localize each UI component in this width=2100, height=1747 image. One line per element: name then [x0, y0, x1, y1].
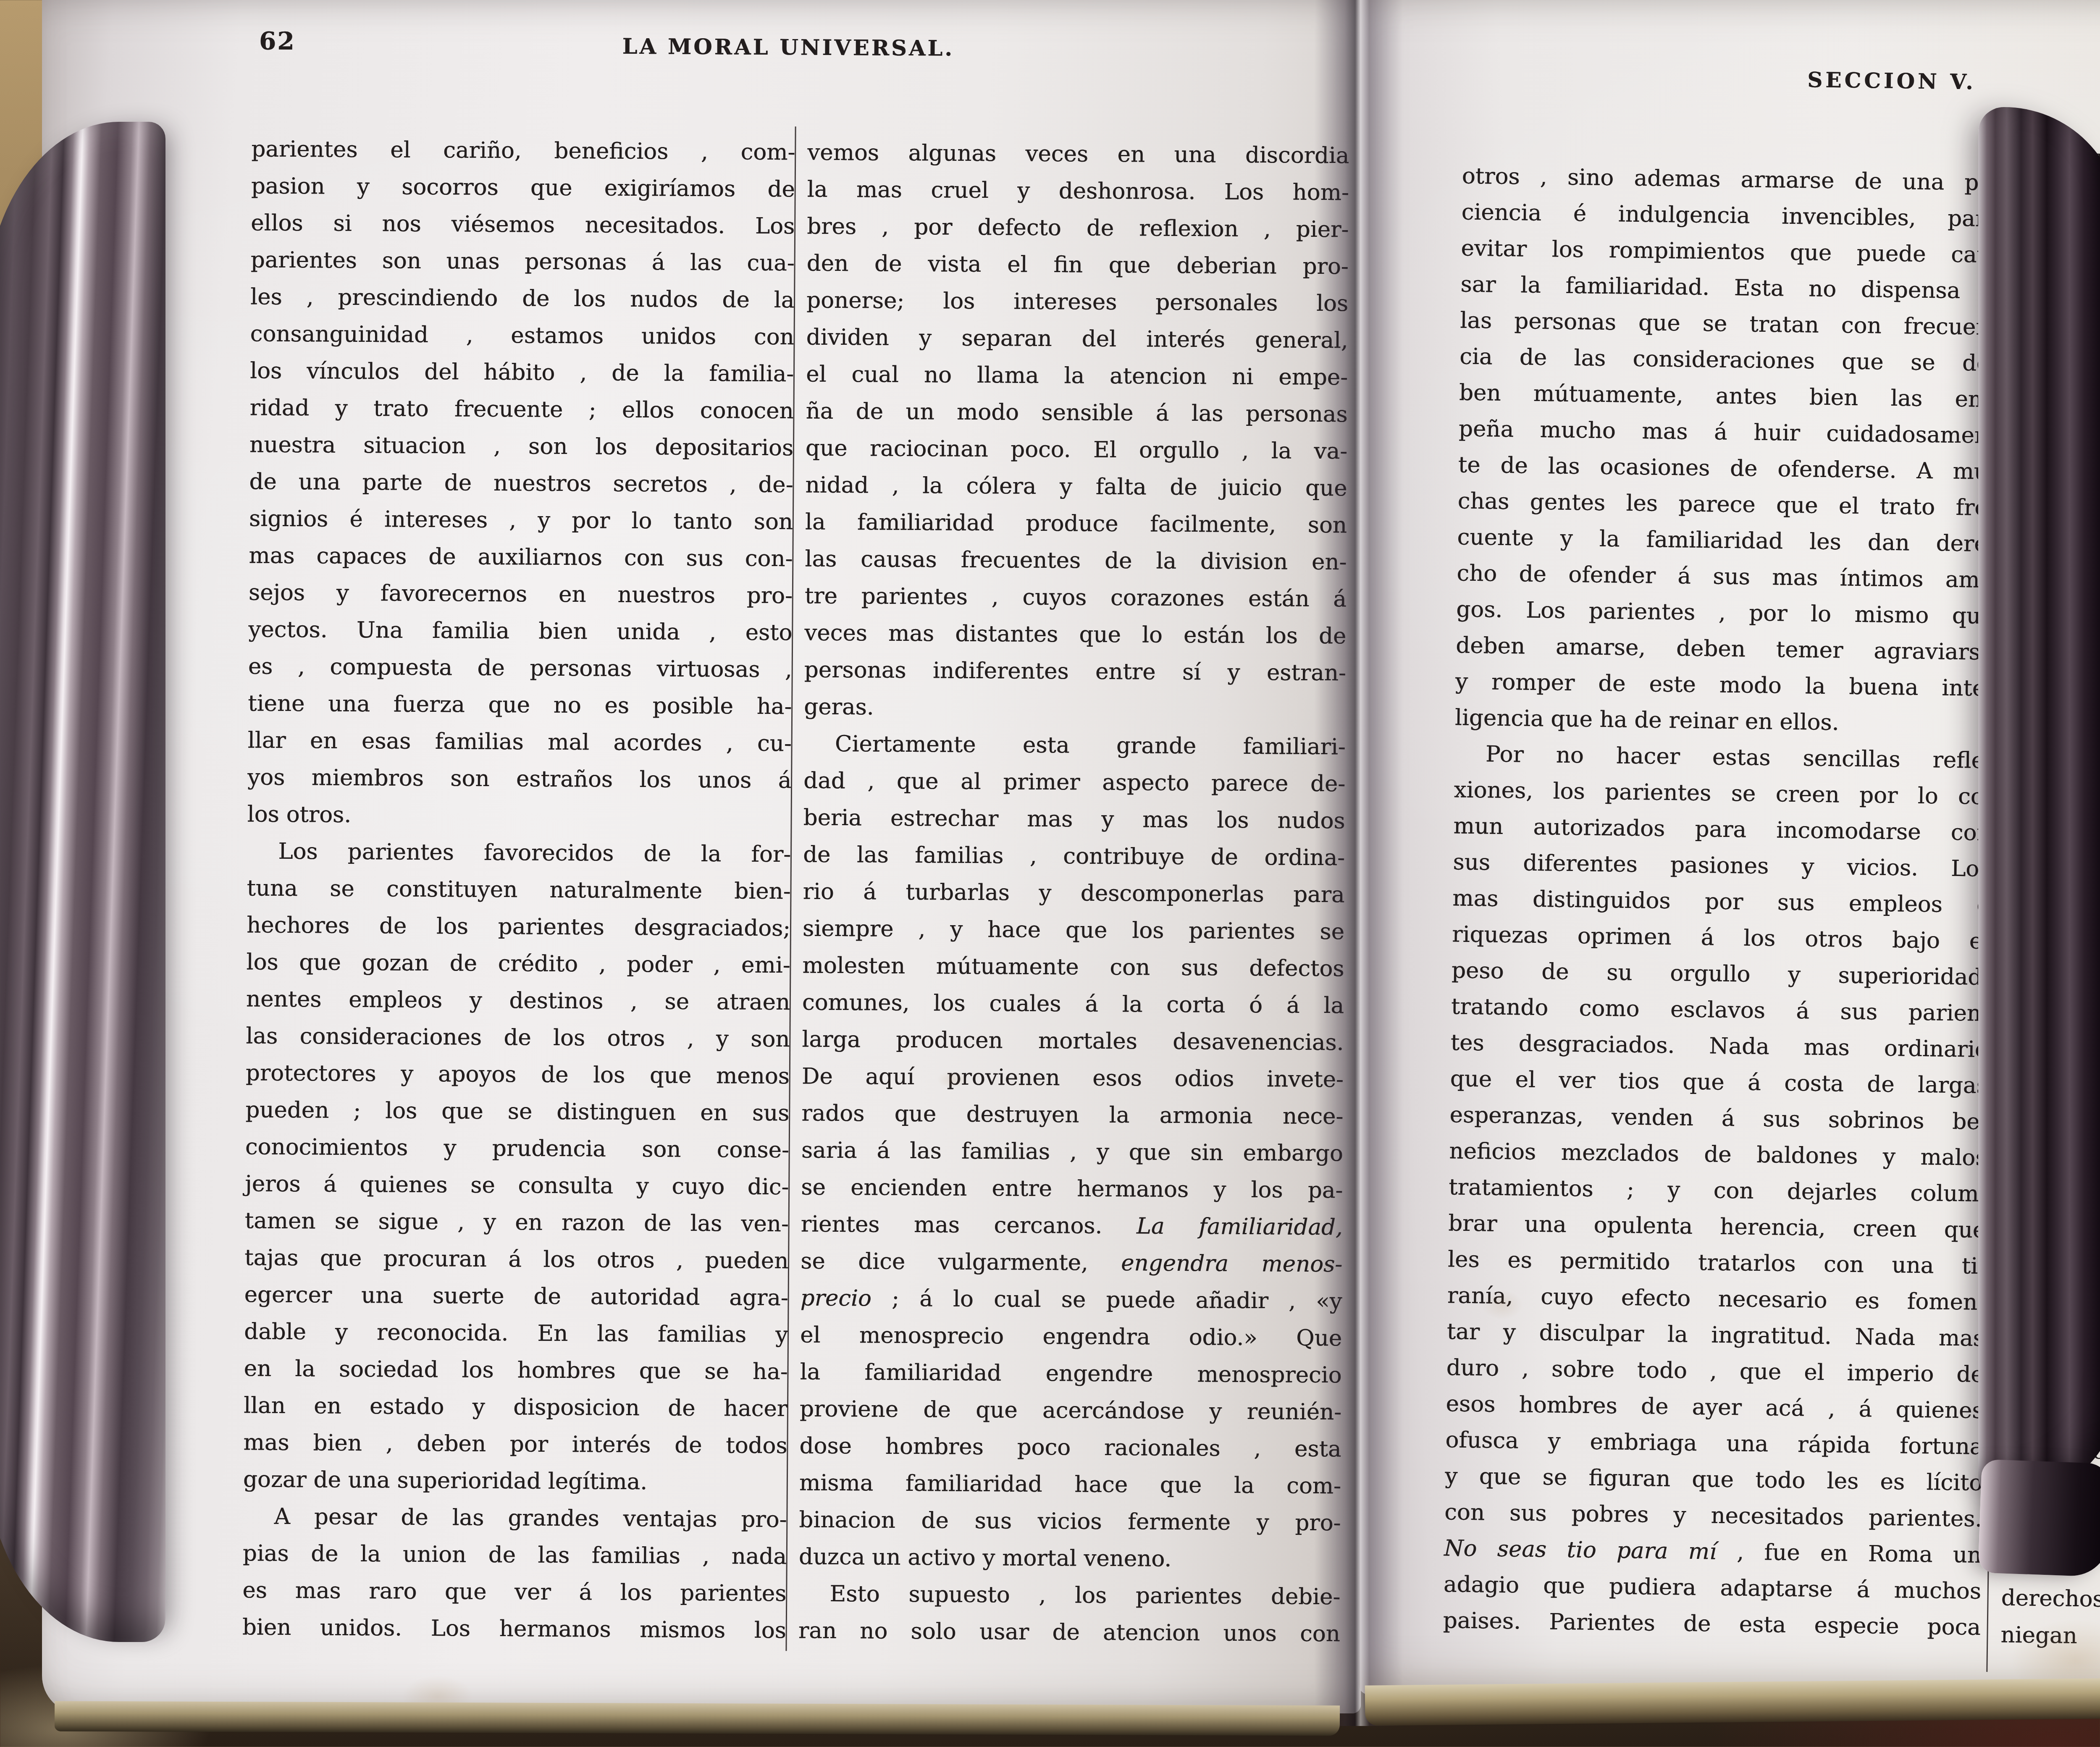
text-line: y que se figuran que todo les es lícito	[1445, 1458, 1983, 1501]
text-line: parientes son unas personas á las cua-	[250, 241, 795, 282]
text-line: vemos algunas veces en una discordia	[807, 134, 1349, 175]
text-line: y romper de este modo la buena inte-	[1455, 664, 1993, 707]
text-line: sejos y favorecernos en nuestros pro-	[249, 574, 793, 614]
text-line: es , compuesta de personas virtuosas ,	[248, 648, 792, 688]
text-line: Los parientes favorecidos de la for-	[247, 833, 791, 873]
text-line: de una parte de nuestros secretos , de-	[249, 463, 793, 504]
text-line: esos hombres de ayer acá , á quienes	[1446, 1386, 1984, 1429]
text-line: riquezas oprimen á los otros bajo el	[1452, 916, 1990, 960]
text-line: nuestra situacion , son los depositarios	[249, 426, 794, 467]
left-page-column-2: vemos algunas veces en una discordiala m…	[798, 134, 1349, 1653]
text-line: ridad y trato frecuente ; ellos conocen	[249, 389, 794, 430]
text-line: tre parientes , cuyos corazones están á	[805, 577, 1347, 618]
text-line: la mas cruel y deshonrosa. Los hom-	[807, 171, 1349, 212]
text-line: esperanzas, venden á sus sobrinos be-	[1449, 1097, 1987, 1140]
text-line: saria á las familias , y que sin embargo	[801, 1132, 1343, 1172]
text-line: ranía, cuyo efecto necesario es fomen-	[1447, 1277, 1985, 1321]
text-line: hechores de los parientes desgraciados;	[247, 907, 791, 947]
text-line: comunes, los cuales á la corta ó á la	[802, 984, 1344, 1024]
left-book-clamp	[0, 122, 165, 1642]
text-line: mas bien , deben por interés de todos	[243, 1424, 787, 1464]
text-line: pueden ; los que se distinguen en sus	[245, 1091, 790, 1132]
text-line: bien unidos. Los hermanos mismos los	[242, 1609, 786, 1649]
text-line: cia de las consideraciones que se de-	[1459, 338, 1998, 382]
text-line: gos. Los parientes , por lo mismo que	[1456, 591, 1994, 635]
text-line: con sus pobres y necesitados parientes.	[1444, 1494, 1982, 1537]
text-line: binacion de sus vicios fermente y pro-	[799, 1501, 1341, 1542]
text-line: deben amarse, deben temer agraviarse	[1456, 627, 1994, 671]
text-line: neficios mezclados de baldones y malos	[1449, 1133, 1987, 1176]
text-line: yos miembros son estraños los unos á	[247, 759, 792, 799]
text-line: beria estrechar mas y mas los nudos	[803, 799, 1345, 839]
text-line: De aquí provienen esos odios invete-	[802, 1058, 1344, 1098]
text-line: larga producen mortales desavenencias.	[802, 1021, 1344, 1061]
text-line: cuente y la familiaridad les dan dere-	[1457, 519, 1995, 562]
text-line: proviene de que acercándose y reunién-	[800, 1390, 1342, 1431]
left-page-content: 62 LA MORAL UNIVERSAL. parientes el cari…	[37, 0, 1366, 1718]
running-title: LA MORAL UNIVERSAL.	[347, 32, 1229, 63]
text-line: tuna se constituyen naturalmente bien-	[247, 870, 791, 910]
text-line: ran no solo usar de atencion unos con	[798, 1612, 1340, 1653]
text-line: paises. Parientes de esta especie poca	[1443, 1603, 1981, 1646]
text-line: dad , que al primer aspecto parece de-	[803, 762, 1346, 803]
text-line: bres , por defecto de reflexion , pier-	[807, 208, 1349, 249]
text-line: rientes mas cercanos. La familiaridad,	[801, 1206, 1343, 1246]
text-line: los otros.	[247, 796, 791, 836]
text-line: tes desgraciados. Nada mas ordinario	[1450, 1025, 1988, 1068]
text-line: parientes el cariño, beneficios , com-	[251, 131, 795, 171]
text-line: otros , sino ademas armarse de una pa-	[1462, 158, 2000, 201]
book-gutter-shadow	[1315, 0, 1403, 1726]
page-stack-edge-left	[55, 1701, 1340, 1736]
right-clamp-foot	[1978, 1459, 2100, 1577]
text-line: tar y disculpar la ingratitud. Nada mas	[1446, 1314, 1984, 1357]
text-line: las consideraciones de los otros , y son	[246, 1018, 790, 1058]
text-line: geras.	[804, 688, 1346, 729]
text-line: sar la familiaridad. Esta no dispensa á	[1460, 266, 1998, 310]
text-line: peña mucho mas á huir cuidadosamen-	[1458, 411, 1996, 454]
text-line: brar una opulenta herencia, creen que	[1448, 1205, 1986, 1249]
text-line: ofusca y embriaga una rápida fortuna	[1445, 1422, 1983, 1465]
text-line: mun autorizados para incomodarse con	[1453, 808, 1991, 851]
text-line: se dice vulgarmente, engendra menos-	[801, 1243, 1343, 1283]
text-line: mas distinguidos por sus empleos ó	[1452, 880, 1990, 923]
text-line: precio ; á lo cual se puede añadir , «y	[800, 1280, 1342, 1320]
text-line: las causas frecuentes de la division en-	[805, 540, 1347, 581]
book-photo: 62 LA MORAL UNIVERSAL. parientes el cari…	[0, 0, 2100, 1747]
text-line: ben mútuamente, antes bien las em-	[1459, 375, 1997, 418]
text-line: rio á turbarlas y descomponerlas para	[803, 873, 1345, 913]
text-line: es mas raro que ver á los parientes	[242, 1572, 787, 1612]
section-header: SECCION V.	[1640, 65, 2100, 97]
text-line: ña de un modo sensible á las personas	[806, 393, 1348, 433]
text-line: nentes empleos y destinos , se atraen	[246, 981, 790, 1021]
text-line: las personas que se tratan con frecuen-	[1460, 302, 1998, 346]
right-book-clamp	[1978, 107, 2100, 1501]
text-line: tiene una fuerza que no es posible ha-	[248, 685, 792, 725]
text-line: ponerse; los intereses personales los	[806, 282, 1349, 323]
text-line: Esto supuesto , los parientes debie-	[798, 1575, 1341, 1616]
text-line: den de vista el fin que deberian pro-	[806, 245, 1349, 286]
text-line: ellos si nos viésemos necesitados. Los	[251, 205, 795, 245]
text-line: la familiaridad engendre menosprecio	[800, 1354, 1342, 1394]
text-line: veces mas distantes que lo están los de	[804, 614, 1347, 655]
text-line: adagio que pudiera adaptarse á muchos	[1443, 1566, 1981, 1610]
text-line: siempre , y hace que los parientes se	[803, 910, 1345, 950]
text-line: que el ver tios que á costa de largas	[1450, 1061, 1988, 1104]
text-line: les es permitido tratarlos con una ti-	[1447, 1241, 1985, 1285]
right-page-column-1: otros , sino ademas armarse de una pa-ci…	[1443, 158, 2000, 1645]
text-line: ligencia que ha de reinar en ellos.	[1454, 700, 1992, 743]
text-line: pasion y socorros que exigiríamos de	[251, 168, 795, 208]
text-line: Por no hacer estas sencillas refle-	[1454, 736, 1992, 779]
text-line: conocimientos y prudencia son conse-	[245, 1128, 789, 1169]
text-line: tratamientos ; y con dejarles colum-	[1449, 1169, 1987, 1212]
text-line: personas indiferentes entre sí y estran-	[804, 651, 1346, 692]
text-line: pias de la union de las familias , nada	[243, 1535, 787, 1575]
text-line: el cual no llama la atencion ni empe-	[806, 356, 1348, 396]
text-line: duro , sobre todo , que el imperio de	[1446, 1350, 1984, 1393]
text-line: dividen y separan del interés general,	[806, 319, 1348, 359]
text-line: nidad , la cólera y falta de juicio que	[805, 467, 1347, 507]
text-line: dable y reconocida. En las familias y	[244, 1313, 788, 1354]
text-line: evitar los rompimientos que puede cau-	[1461, 230, 1999, 273]
text-line: en la sociedad los hombres que se ha-	[244, 1350, 788, 1390]
text-line: niegan sus oidos á los clamores de la	[2000, 1617, 2100, 1661]
text-line: el menosprecio engendra odio.» Que	[800, 1317, 1342, 1357]
text-line: protectores y apoyos de los que menos	[246, 1054, 790, 1095]
text-line: molesten mútuamente con sus defectos	[802, 947, 1344, 987]
left-page-column-1: parientes el cariño, beneficios , com-pa…	[242, 131, 795, 1649]
text-line: te de las ocasiones de ofenderse. A mu-	[1458, 447, 1996, 490]
text-line: duzca un activo y mortal veneno.	[799, 1538, 1341, 1579]
text-line: los vínculos del hábito , de la familia-	[250, 352, 794, 393]
text-line: rados que destruyen la armonia nece-	[801, 1095, 1344, 1135]
text-line: consanguinidad , estamos unidos con	[250, 315, 794, 356]
text-line: jeros á quienes se consulta y cuyo dic-	[245, 1165, 789, 1206]
page-number-left: 62	[259, 27, 296, 56]
text-line: tajas que procuran á los otros , pueden	[244, 1239, 789, 1280]
text-line: mas capaces de auxiliarnos con sus con-	[249, 537, 793, 577]
text-line: gozar de una superioridad legítima.	[243, 1461, 787, 1501]
text-line: sus diferentes pasiones y vicios. Los	[1453, 844, 1991, 887]
text-line: se encienden entre hermanos y los pa-	[801, 1169, 1343, 1209]
text-line: signios é intereses , y por lo tanto son	[249, 500, 793, 540]
text-line: No seas tio para mí , fue en Roma un	[1444, 1530, 1982, 1574]
text-line: peso de su orgullo y superioridad,	[1451, 952, 1989, 996]
text-line: dose hombres poco racionales , esta	[799, 1427, 1341, 1468]
text-line: llan en estado y disposicion de hacer	[244, 1387, 788, 1427]
text-line: les , prescindiendo de los nudos de la	[250, 278, 795, 319]
left-page: 62 LA MORAL UNIVERSAL. parientes el cari…	[42, 0, 1361, 1713]
text-line: chas gentes les parece que el trato fre-	[1457, 483, 1995, 526]
text-line: que raciocinan poco. El orgullo , la va-	[806, 430, 1348, 470]
text-line: misma familiaridad hace que la com-	[799, 1464, 1341, 1505]
text-line: ciencia é indulgencia invencibles, para	[1461, 194, 1999, 237]
text-line: yectos. Una familia bien unida , esto	[248, 611, 793, 651]
text-line: cho de ofender á sus mas íntimos ami-	[1457, 555, 1995, 598]
text-line: tamen se sigue , y en razon de las ven-	[244, 1202, 789, 1243]
text-line: xiones, los parientes se creen por lo co…	[1454, 772, 1992, 815]
text-line: llar en esas familias mal acordes , cu-	[247, 722, 792, 762]
text-line: de las familias , contribuye de ordina-	[803, 836, 1345, 876]
text-line: los que gozan de crédito , poder , emi-	[246, 944, 790, 984]
text-line: Ciertamente esta grande familiari-	[803, 725, 1346, 766]
text-line: egercer una suerte de autoridad agra-	[244, 1276, 788, 1317]
text-line: tratando como esclavos á sus parien-	[1451, 989, 1989, 1032]
text-line: A pesar de las grandes ventajas pro-	[243, 1498, 787, 1538]
text-line: la familiaridad produce facilmente, son	[805, 504, 1347, 544]
